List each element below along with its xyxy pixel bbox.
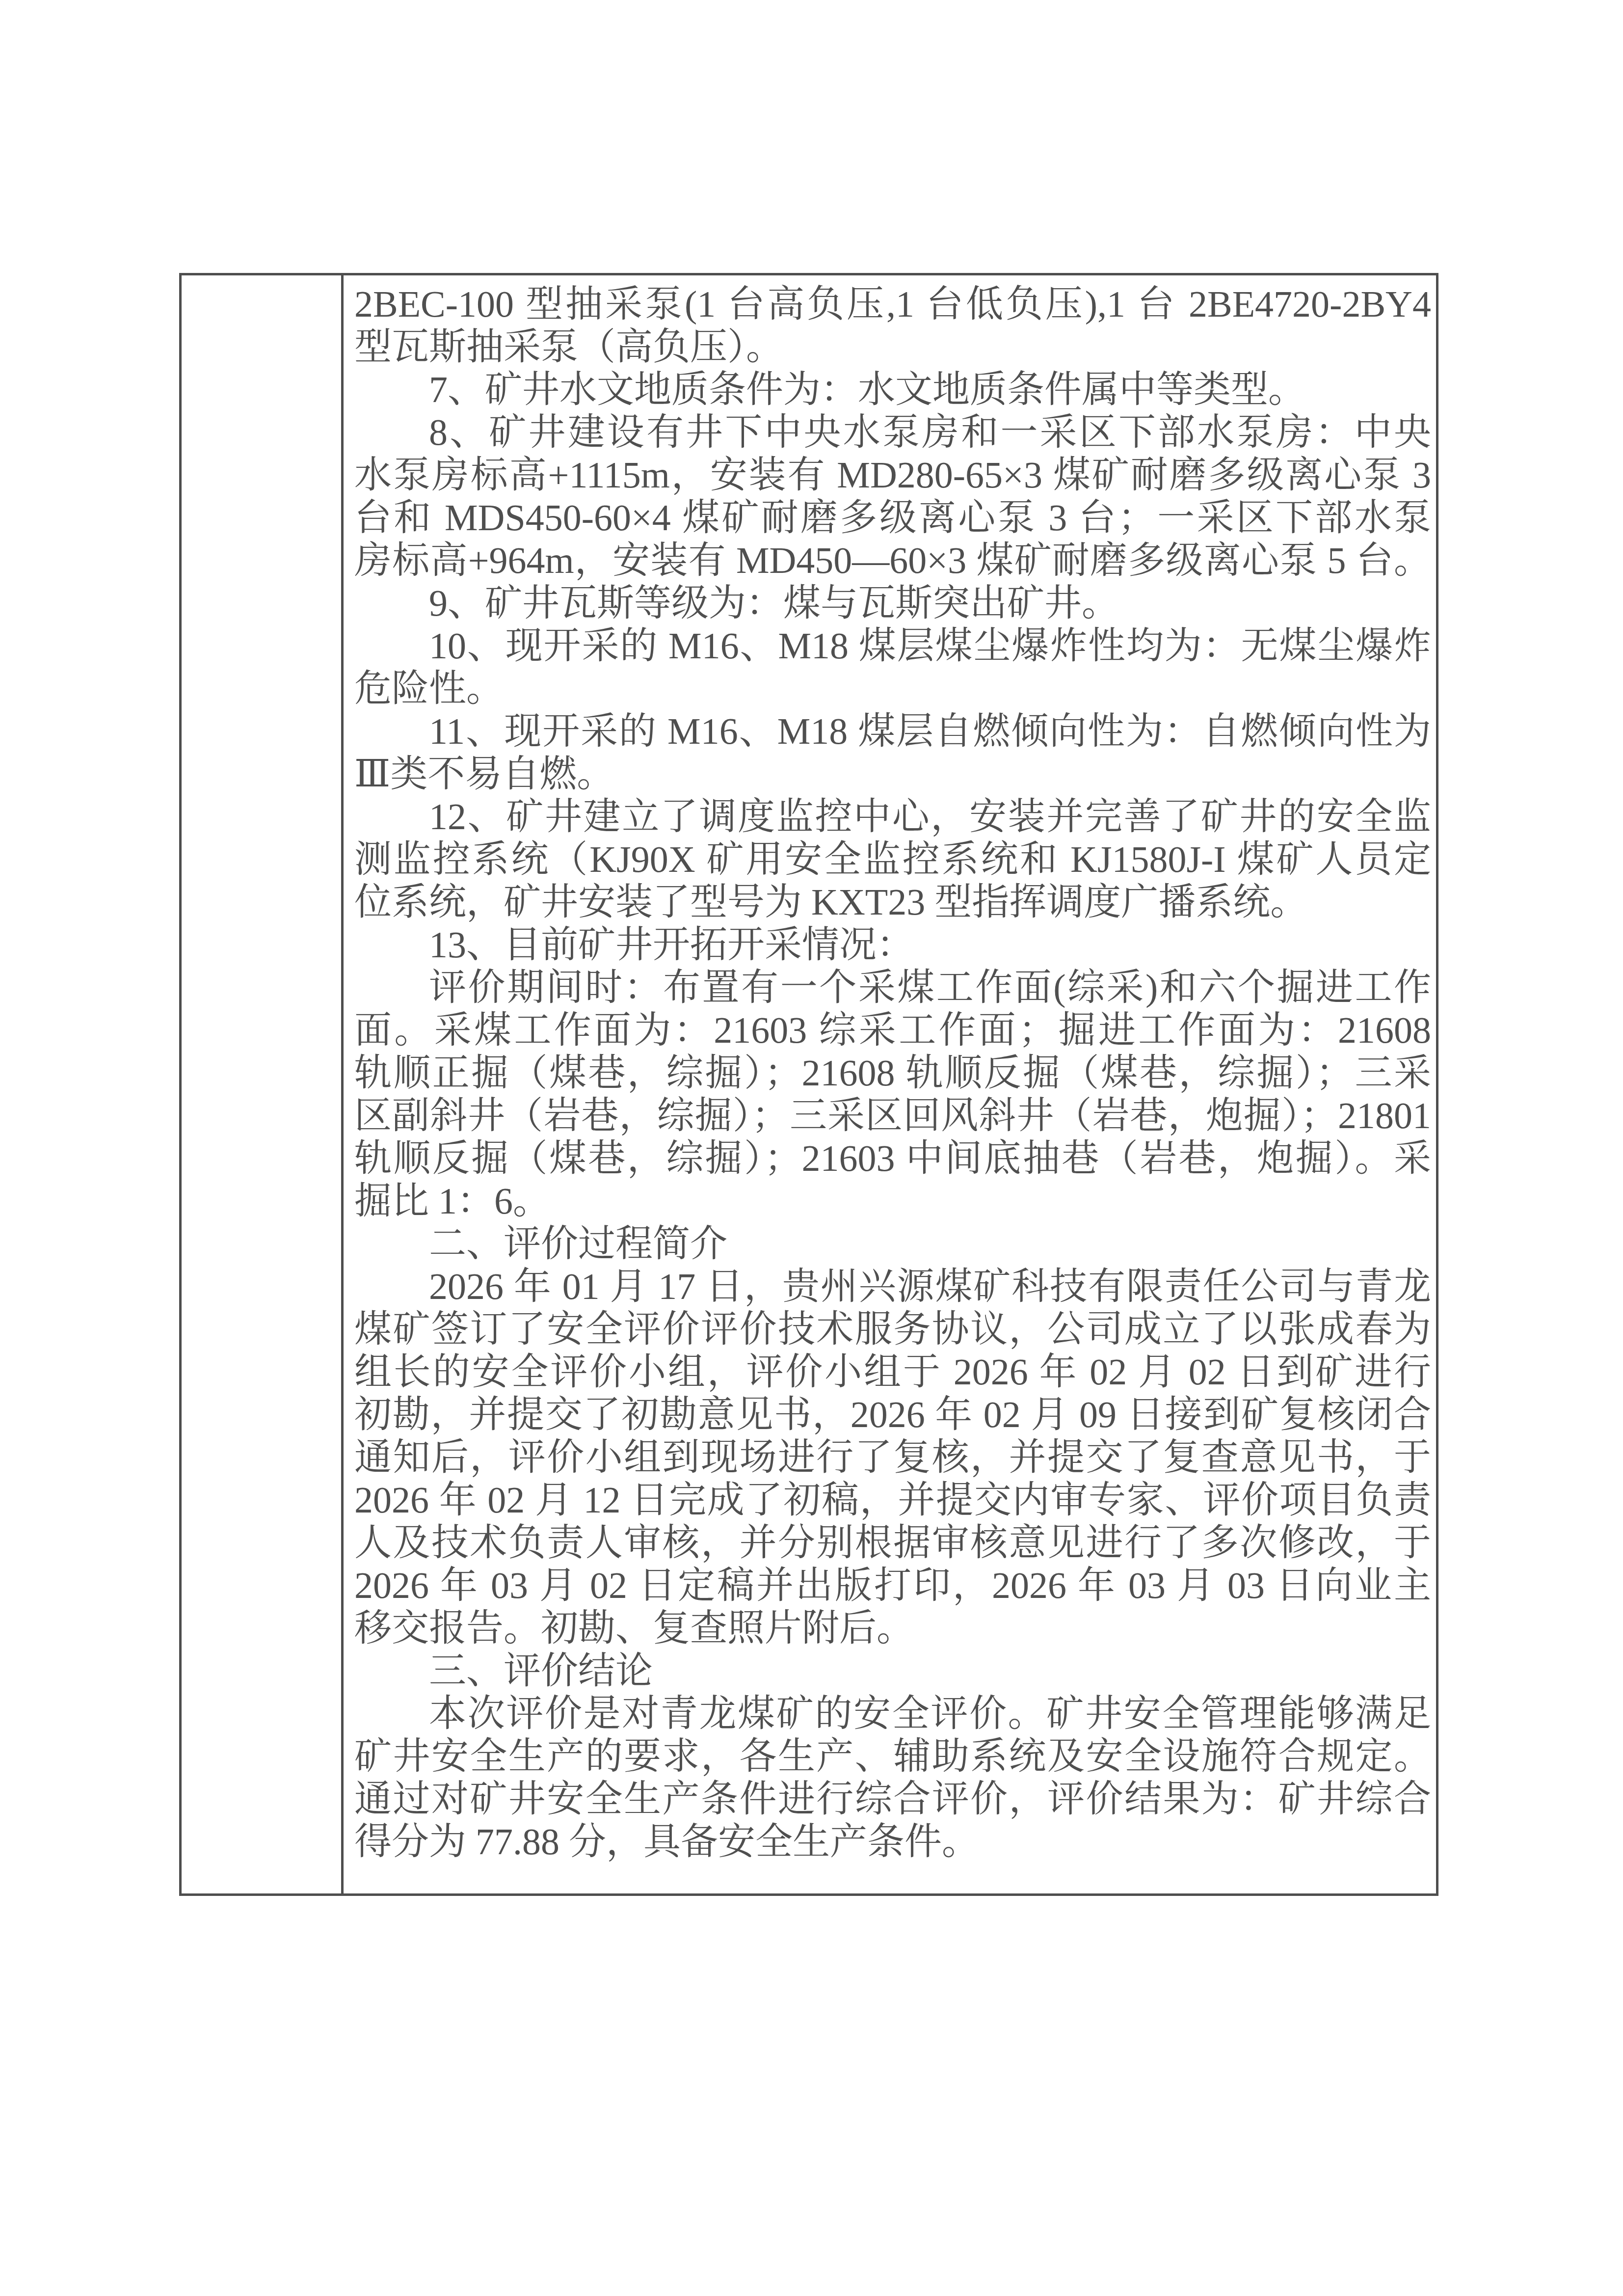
text-line: 矿井安全生产的要求，各生产、辅助系统及安全设施符合规定。 [354, 1735, 1431, 1778]
text-line: 9、矿井瓦斯等级为：煤与瓦斯突出矿井。 [354, 582, 1431, 625]
text-line: 2026 年 01 月 17 日，贵州兴源煤矿科技有限责任公司与青龙 [354, 1266, 1431, 1308]
text-line: 房标高+964m，安装有 MD450—60×3 煤矿耐磨多级离心泵 5 台。 [354, 540, 1431, 582]
text-line: 危险性。 [354, 668, 1431, 710]
table-content-cell: 2BEC-100 型抽采泵(1 台高负压,1 台低负压),1 台 2BE4720… [344, 275, 1436, 1893]
table-stub-cell [182, 275, 344, 1893]
text-line: 轨顺反掘（煤巷，综掘）；21603 中间底抽巷（岩巷，炮掘）。采 [354, 1137, 1431, 1180]
text-line: 得分为 77.88 分，具备安全生产条件。 [354, 1821, 1431, 1864]
text-line: 10、现开采的 M16、M18 煤层煤尘爆炸性均为：无煤尘爆炸 [354, 625, 1431, 668]
text-line: 2026 年 02 月 12 日完成了初稿，并提交内审专家、评价项目负责 [354, 1479, 1431, 1522]
text-line: 初勘，并提交了初勘意见书，2026 年 02 月 09 日接到矿复核闭合 [354, 1394, 1431, 1436]
text-line: 位系统，矿井安装了型号为 KXT23 型指挥调度广播系统。 [354, 881, 1431, 924]
text-line: 12、矿井建立了调度监控中心，安装并完善了矿井的安全监 [354, 796, 1431, 838]
text-line: 2BEC-100 型抽采泵(1 台高负压,1 台低负压),1 台 2BE4720… [354, 283, 1431, 326]
text-line: 面。采煤工作面为：21603 综采工作面；掘进工作面为：21608 [354, 1009, 1431, 1052]
text-line: 评价期间时：布置有一个采煤工作面(综采)和六个掘进工作 [354, 967, 1431, 1009]
text-line: 通知后，评价小组到现场进行了复核，并提交了复查意见书，于 [354, 1436, 1431, 1479]
scanned-document-page: 2BEC-100 型抽采泵(1 台高负压,1 台低负压),1 台 2BE4720… [0, 0, 1623, 2296]
text-line: 11、现开采的 M16、M18 煤层自燃倾向性为：自燃倾向性为 [354, 710, 1431, 753]
text-line: 掘比 1：6。 [354, 1180, 1431, 1223]
text-line: 2026 年 03 月 02 日定稿并出版打印，2026 年 03 月 03 日… [354, 1565, 1431, 1607]
text-line: 轨顺正掘（煤巷，综掘）；21608 轨顺反掘（煤巷，综掘）；三采 [354, 1052, 1431, 1095]
text-line: 组长的安全评价小组，评价小组于 2026 年 02 月 02 日到矿进行 [354, 1351, 1431, 1394]
text-line: 通过对矿井安全生产条件进行综合评价，评价结果为：矿井综合 [354, 1778, 1431, 1821]
text-line: 本次评价是对青龙煤矿的安全评价。矿井安全管理能够满足 [354, 1693, 1431, 1735]
text-line: 水泵房标高+1115m，安装有 MD280-65×3 煤矿耐磨多级离心泵 3 [354, 454, 1431, 497]
text-line: 三、评价结论 [354, 1650, 1431, 1693]
text-line: 8、矿井建设有井下中央水泵房和一采区下部水泵房：中央 [354, 411, 1431, 454]
text-line: 二、评价过程简介 [354, 1223, 1431, 1266]
text-line: 台和 MDS450-60×4 煤矿耐磨多级离心泵 3 台；一采区下部水泵 [354, 497, 1431, 540]
text-line: 人及技术负责人审核，并分别根据审核意见进行了多次修改，于 [354, 1522, 1431, 1565]
text-line: 测监控系统（KJ90X 矿用安全监控系统和 KJ1580J-I 煤矿人员定 [354, 838, 1431, 881]
report-table: 2BEC-100 型抽采泵(1 台高负压,1 台低负压),1 台 2BE4720… [179, 273, 1438, 1896]
text-line: Ⅲ类不易自燃。 [354, 753, 1431, 796]
text-line: 型瓦斯抽采泵（高负压）。 [354, 326, 1431, 369]
text-line: 13、目前矿井开拓开采情况： [354, 924, 1431, 967]
text-line: 7、矿井水文地质条件为：水文地质条件属中等类型。 [354, 369, 1431, 411]
text-line: 区副斜井（岩巷，综掘）；三采区回风斜井（岩巷，炮掘）；21801 [354, 1095, 1431, 1137]
text-line: 移交报告。初勘、复查照片附后。 [354, 1607, 1431, 1650]
text-line: 煤矿签订了安全评价评价技术服务协议，公司成立了以张成春为 [354, 1308, 1431, 1351]
